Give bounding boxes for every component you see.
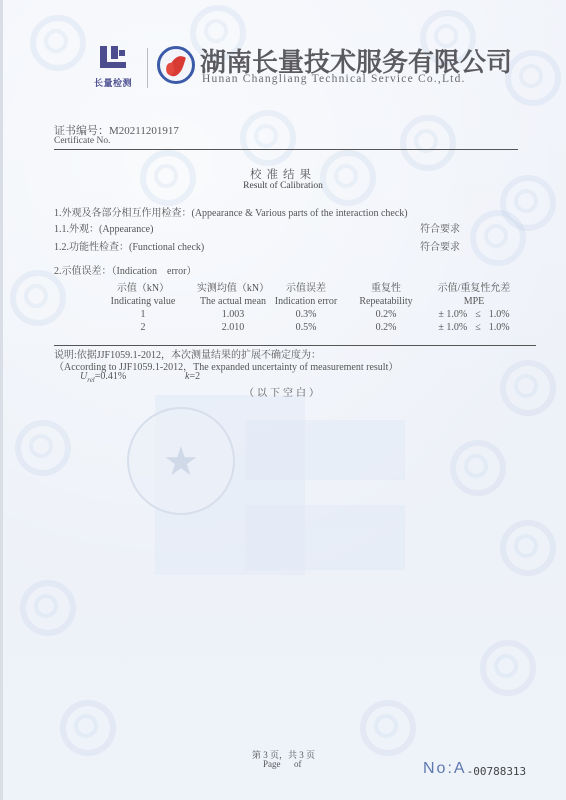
repeatability: 0.2%: [345, 309, 427, 320]
column-header: Repeatability: [345, 296, 427, 307]
functional-check-result: 符合要求: [420, 238, 460, 253]
functional-check-label: 1.2.功能性检查：(Functional check): [54, 238, 204, 253]
certificate-page: ★ 长量检测 湖南长量技术服务有限公司 Hunan Changliang Tec…: [0, 0, 566, 800]
serial-number: No:A-00788313: [423, 760, 526, 778]
embossed-seal: ★: [127, 407, 235, 515]
serial-digits: -00788313: [467, 765, 527, 778]
certificate-label-en: Certificate No.: [54, 136, 110, 146]
appearance-label: 1.1.外观：(Appearance): [54, 220, 153, 235]
watermark-ring: [20, 580, 76, 636]
watermark-ring: [360, 700, 416, 756]
company-name-en: Hunan Changliang Technical Service Co.,L…: [202, 73, 466, 85]
section2-heading: 2.示值误差：（Indication error）: [54, 262, 196, 277]
expanded-uncertainty: Urel=0.41%: [80, 371, 126, 384]
section-title-cn: 校准结果: [0, 166, 566, 182]
table-row: 2 2.010 0.5% 0.2% ± 1.0%≤1.0%: [108, 322, 513, 335]
column-header: MPE: [424, 296, 524, 307]
column-header: 示值（kN）: [102, 279, 184, 294]
watermark-ring: [450, 440, 506, 496]
indicating-value: 2: [102, 322, 184, 333]
watermark-ring: [15, 420, 71, 476]
watermark-ring: [470, 210, 526, 266]
appearance-result: 符合要求: [420, 220, 460, 235]
logo-text: 长量检测: [94, 76, 132, 89]
column-header: 示值/重复性允差: [424, 279, 524, 294]
changliang-logo-icon: [100, 46, 126, 68]
background-block: [245, 505, 405, 570]
divider: [54, 149, 518, 150]
star-icon: ★: [163, 439, 199, 485]
watermark-ring: [500, 520, 556, 576]
column-header: 重复性: [345, 279, 427, 294]
table-header-en: Indicating value The actual mean Indicat…: [108, 296, 513, 309]
column-header: Indicating value: [102, 296, 184, 307]
letterhead: 长量检测 湖南长量技术服务有限公司 Hunan Changliang Techn…: [0, 38, 566, 98]
indication-error: 0.5%: [261, 322, 351, 333]
column-header: Indication error: [261, 296, 351, 307]
serial-prefix: No:A: [423, 760, 467, 777]
section1-heading: 1.外观及各部分相互作用检查：(Appearance & Various par…: [54, 204, 408, 219]
watermark-ring: [60, 700, 116, 756]
emblem-icon: [157, 46, 195, 84]
blank-below-marker: （以下空白）: [0, 384, 566, 399]
mpe: ± 1.0%≤1.0%: [424, 309, 524, 320]
indication-error-table: 示值（kN） 实测均值（kN） 示值误差 重复性 示值/重复性允差 Indica…: [108, 279, 513, 335]
mpe: ± 1.0%≤1.0%: [424, 322, 524, 333]
indicating-value: 1: [102, 309, 184, 320]
column-header: 示值误差: [261, 279, 351, 294]
logo-divider: [147, 48, 148, 88]
table-row: 1 1.003 0.3% 0.2% ± 1.0%≤1.0%: [108, 309, 513, 322]
certificate-number-value: M20211201917: [109, 125, 179, 137]
table-header-cn: 示值（kN） 实测均值（kN） 示值误差 重复性 示值/重复性允差: [108, 279, 513, 296]
page-number-en: Page of: [263, 759, 302, 769]
coverage-factor: k=2: [185, 371, 200, 382]
watermark-ring: [480, 640, 536, 696]
background-block: [245, 420, 405, 480]
section-title-en: Result of Calibration: [0, 181, 566, 191]
indication-error: 0.3%: [261, 309, 351, 320]
watermark-ring: [240, 110, 296, 166]
watermark-ring: [400, 115, 456, 171]
watermark-ring: [10, 270, 66, 326]
repeatability: 0.2%: [345, 322, 427, 333]
